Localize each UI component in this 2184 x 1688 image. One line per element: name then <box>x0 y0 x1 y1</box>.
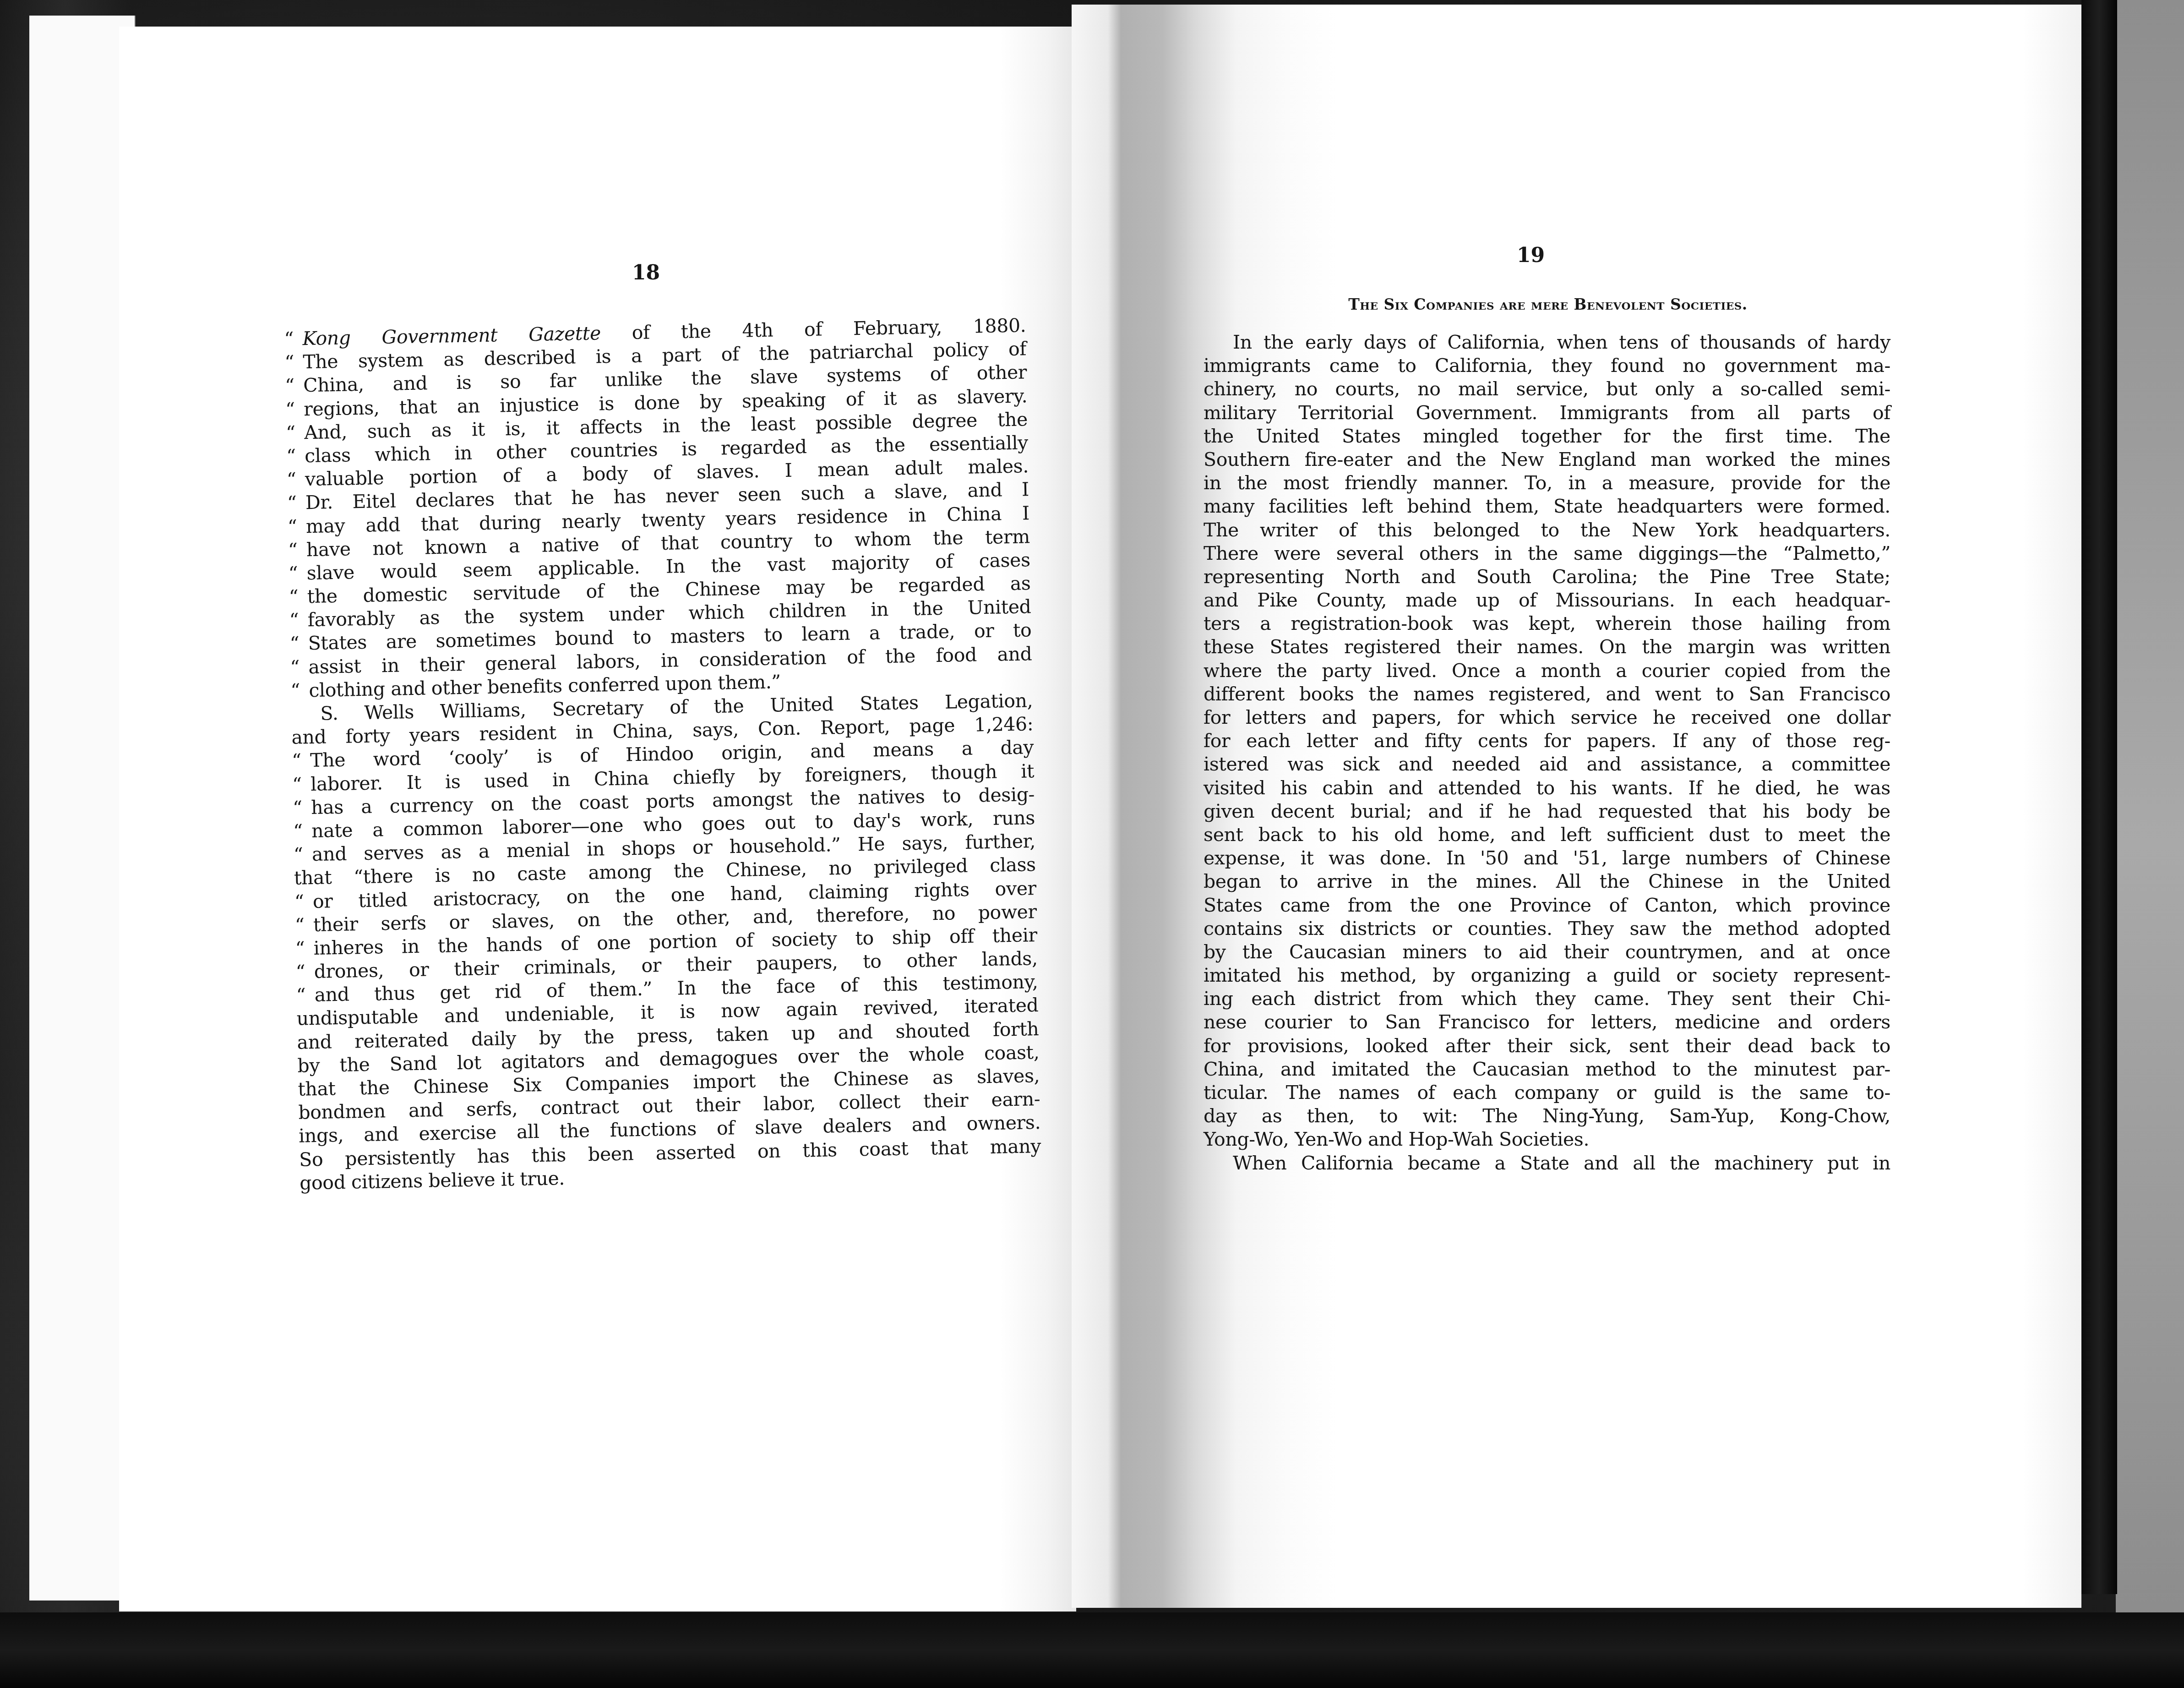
line-text: began to arrive in the mines. All the Ch… <box>1204 870 1890 892</box>
text-line: the United States mingled together for t… <box>1204 425 1890 448</box>
quote-mark: “ <box>292 749 310 773</box>
quote-mark: “ <box>290 679 309 703</box>
quote-mark: “ <box>294 843 312 867</box>
quote-mark: “ <box>289 585 307 609</box>
line-text: contains six districts or counties. They… <box>1204 918 1890 940</box>
text-line: China, and imitated the Caucasian method… <box>1204 1058 1890 1081</box>
quote-mark: “ <box>292 773 311 797</box>
italic-title: Kong Government Gazette <box>302 322 601 350</box>
line-text: When California became a State and all t… <box>1233 1152 1890 1174</box>
book-cover-right-edge <box>2081 0 2117 1594</box>
line-text: different books the names registered, an… <box>1204 683 1890 705</box>
line-text: for provisions, looked after their sick,… <box>1204 1035 1890 1057</box>
line-text: expense, it was done. In '50 and '51, la… <box>1204 847 1890 869</box>
quote-mark: “ <box>287 468 305 492</box>
line-text: China, and imitated the Caucasian method… <box>1204 1058 1890 1080</box>
quote-mark: “ <box>296 983 315 1007</box>
quote-mark: “ <box>284 327 303 351</box>
quote-mark: “ <box>288 538 306 562</box>
quote-mark: “ <box>284 350 303 374</box>
text-line: ters a registration-book was kept, where… <box>1204 612 1890 635</box>
text-line: representing North and South Carolina; t… <box>1204 565 1890 589</box>
text-line: ticular. The names of each company or gu… <box>1204 1081 1890 1104</box>
line-text: for letters and papers, for which servic… <box>1204 706 1890 728</box>
text-line: contains six districts or counties. They… <box>1204 917 1890 940</box>
quote-mark: “ <box>288 562 307 585</box>
quote-mark: “ <box>293 796 311 820</box>
text-line: States came from the one Province of Can… <box>1204 894 1890 917</box>
text-line: Yong-Wo, Yen-Wo and Hop-Wah Societies. <box>1204 1128 1890 1151</box>
line-text: imitated his method, by organizing a gui… <box>1204 964 1890 986</box>
left-page-body-text: “Kong Government Gazette of the 4th of F… <box>284 314 1041 1195</box>
line-text: many facilities left behind them, State … <box>1204 495 1890 517</box>
quote-mark: “ <box>287 492 306 515</box>
text-line: nese courier to San Francisco for letter… <box>1204 1011 1890 1034</box>
text-line: imitated his method, by organizing a gui… <box>1204 964 1890 987</box>
text-line: in the most friendly manner. To, in a me… <box>1204 471 1890 495</box>
line-text: given decent burial; and if he had reque… <box>1204 800 1890 822</box>
text-line: Southern fire-eater and the New England … <box>1204 448 1890 471</box>
quote-mark: “ <box>295 960 314 984</box>
line-text: visited his cabin and attended to his wa… <box>1204 777 1890 799</box>
text-line: for each letter and fifty cents for pape… <box>1204 729 1890 753</box>
text-line: sent back to his old home, and left suff… <box>1204 823 1890 847</box>
quote-mark: “ <box>290 656 309 679</box>
book-cover-bottom-edge <box>0 1612 2184 1688</box>
text-line: The writer of this belonged to the New Y… <box>1204 519 1890 542</box>
line-text: ing each district from which they came. … <box>1204 988 1890 1010</box>
text-line: given decent burial; and if he had reque… <box>1204 800 1890 823</box>
quote-mark: “ <box>294 890 313 914</box>
line-text: istered was sick and needed aid and assi… <box>1204 753 1890 775</box>
text-line: In the early days of California, when te… <box>1204 331 1890 354</box>
text-line: military Territorial Government. Immigra… <box>1204 401 1890 425</box>
page-number-left: 18 <box>632 261 660 284</box>
line-text: day as then, to wit: The Ning-Yung, Sam-… <box>1204 1105 1890 1127</box>
line-text: In the early days of California, when te… <box>1233 331 1890 353</box>
text-line: many facilities left behind them, State … <box>1204 495 1890 518</box>
text-line: day as then, to wit: The Ning-Yung, Sam-… <box>1204 1104 1890 1128</box>
line-text: good citizens believe it true. <box>300 1167 565 1194</box>
line-text: nese courier to San Francisco for letter… <box>1204 1011 1890 1033</box>
quote-mark: “ <box>289 632 308 656</box>
line-text: these States registered their names. On … <box>1204 636 1890 658</box>
text-line: expense, it was done. In '50 and '51, la… <box>1204 847 1890 870</box>
text-line: immigrants came to California, they foun… <box>1204 354 1890 377</box>
text-line: began to arrive in the mines. All the Ch… <box>1204 870 1890 893</box>
quote-mark: “ <box>285 398 304 421</box>
quote-mark: “ <box>288 515 306 539</box>
line-text: Yong-Wo, Yen-Wo and Hop-Wah Societies. <box>1204 1128 1589 1150</box>
line-text: The writer of this belonged to the New Y… <box>1204 519 1890 541</box>
text-line: by the Caucasian miners to aid their cou… <box>1204 940 1890 964</box>
line-text: and Pike County, made up of Missourians.… <box>1204 589 1890 611</box>
line-text: chinery, no courts, no mail service, but… <box>1204 378 1890 400</box>
line-text: sent back to his old home, and left suff… <box>1204 824 1890 846</box>
quote-mark: “ <box>295 937 314 961</box>
line-text: Southern fire-eater and the New England … <box>1204 448 1890 470</box>
text-line: different books the names registered, an… <box>1204 683 1890 706</box>
text-line: these States registered their names. On … <box>1204 635 1890 659</box>
line-text: ters a registration-book was kept, where… <box>1204 612 1890 634</box>
text-line: and Pike County, made up of Missourians.… <box>1204 589 1890 612</box>
quote-mark: “ <box>286 421 305 445</box>
text-line: There were several others in the same di… <box>1204 542 1890 565</box>
quote-mark: “ <box>293 819 312 843</box>
text-line: for provisions, looked after their sick,… <box>1204 1034 1890 1058</box>
scanner-background <box>2116 0 2184 1688</box>
text-line: When California became a State and all t… <box>1204 1152 1890 1175</box>
quote-mark: “ <box>294 913 313 937</box>
line-text: for each letter and fifty cents for pape… <box>1204 730 1890 752</box>
line-text: There were several others in the same di… <box>1204 542 1890 564</box>
right-page-body-text: In the early days of California, when te… <box>1204 331 1890 1175</box>
line-text: by the Caucasian miners to aid their cou… <box>1204 941 1890 963</box>
line-text: States came from the one Province of Can… <box>1204 894 1890 916</box>
line-text: ticular. The names of each company or gu… <box>1204 1082 1890 1103</box>
section-heading: The Six Companies are mere Benevolent So… <box>1200 295 1896 313</box>
text-line: chinery, no courts, no mail service, but… <box>1204 377 1890 401</box>
text-line: visited his cabin and attended to his wa… <box>1204 776 1890 800</box>
quote-mark: “ <box>289 608 308 632</box>
text-line: ing each district from which they came. … <box>1204 987 1890 1011</box>
text-line: istered was sick and needed aid and assi… <box>1204 753 1890 776</box>
line-text: representing North and South Carolina; t… <box>1204 566 1890 588</box>
text-line: for letters and papers, for which servic… <box>1204 706 1890 729</box>
quote-mark: “ <box>286 444 305 468</box>
text-line: where the party lived. Once a month a co… <box>1204 659 1890 683</box>
line-text: in the most friendly manner. To, in a me… <box>1204 472 1890 494</box>
line-text: where the party lived. Once a month a co… <box>1204 660 1890 682</box>
line-text: the United States mingled together for t… <box>1204 425 1890 447</box>
page-number-right: 19 <box>1517 244 1545 267</box>
quote-mark: “ <box>285 374 304 398</box>
line-text: immigrants came to California, they foun… <box>1204 355 1890 377</box>
line-text: military Territorial Government. Immigra… <box>1204 402 1890 424</box>
